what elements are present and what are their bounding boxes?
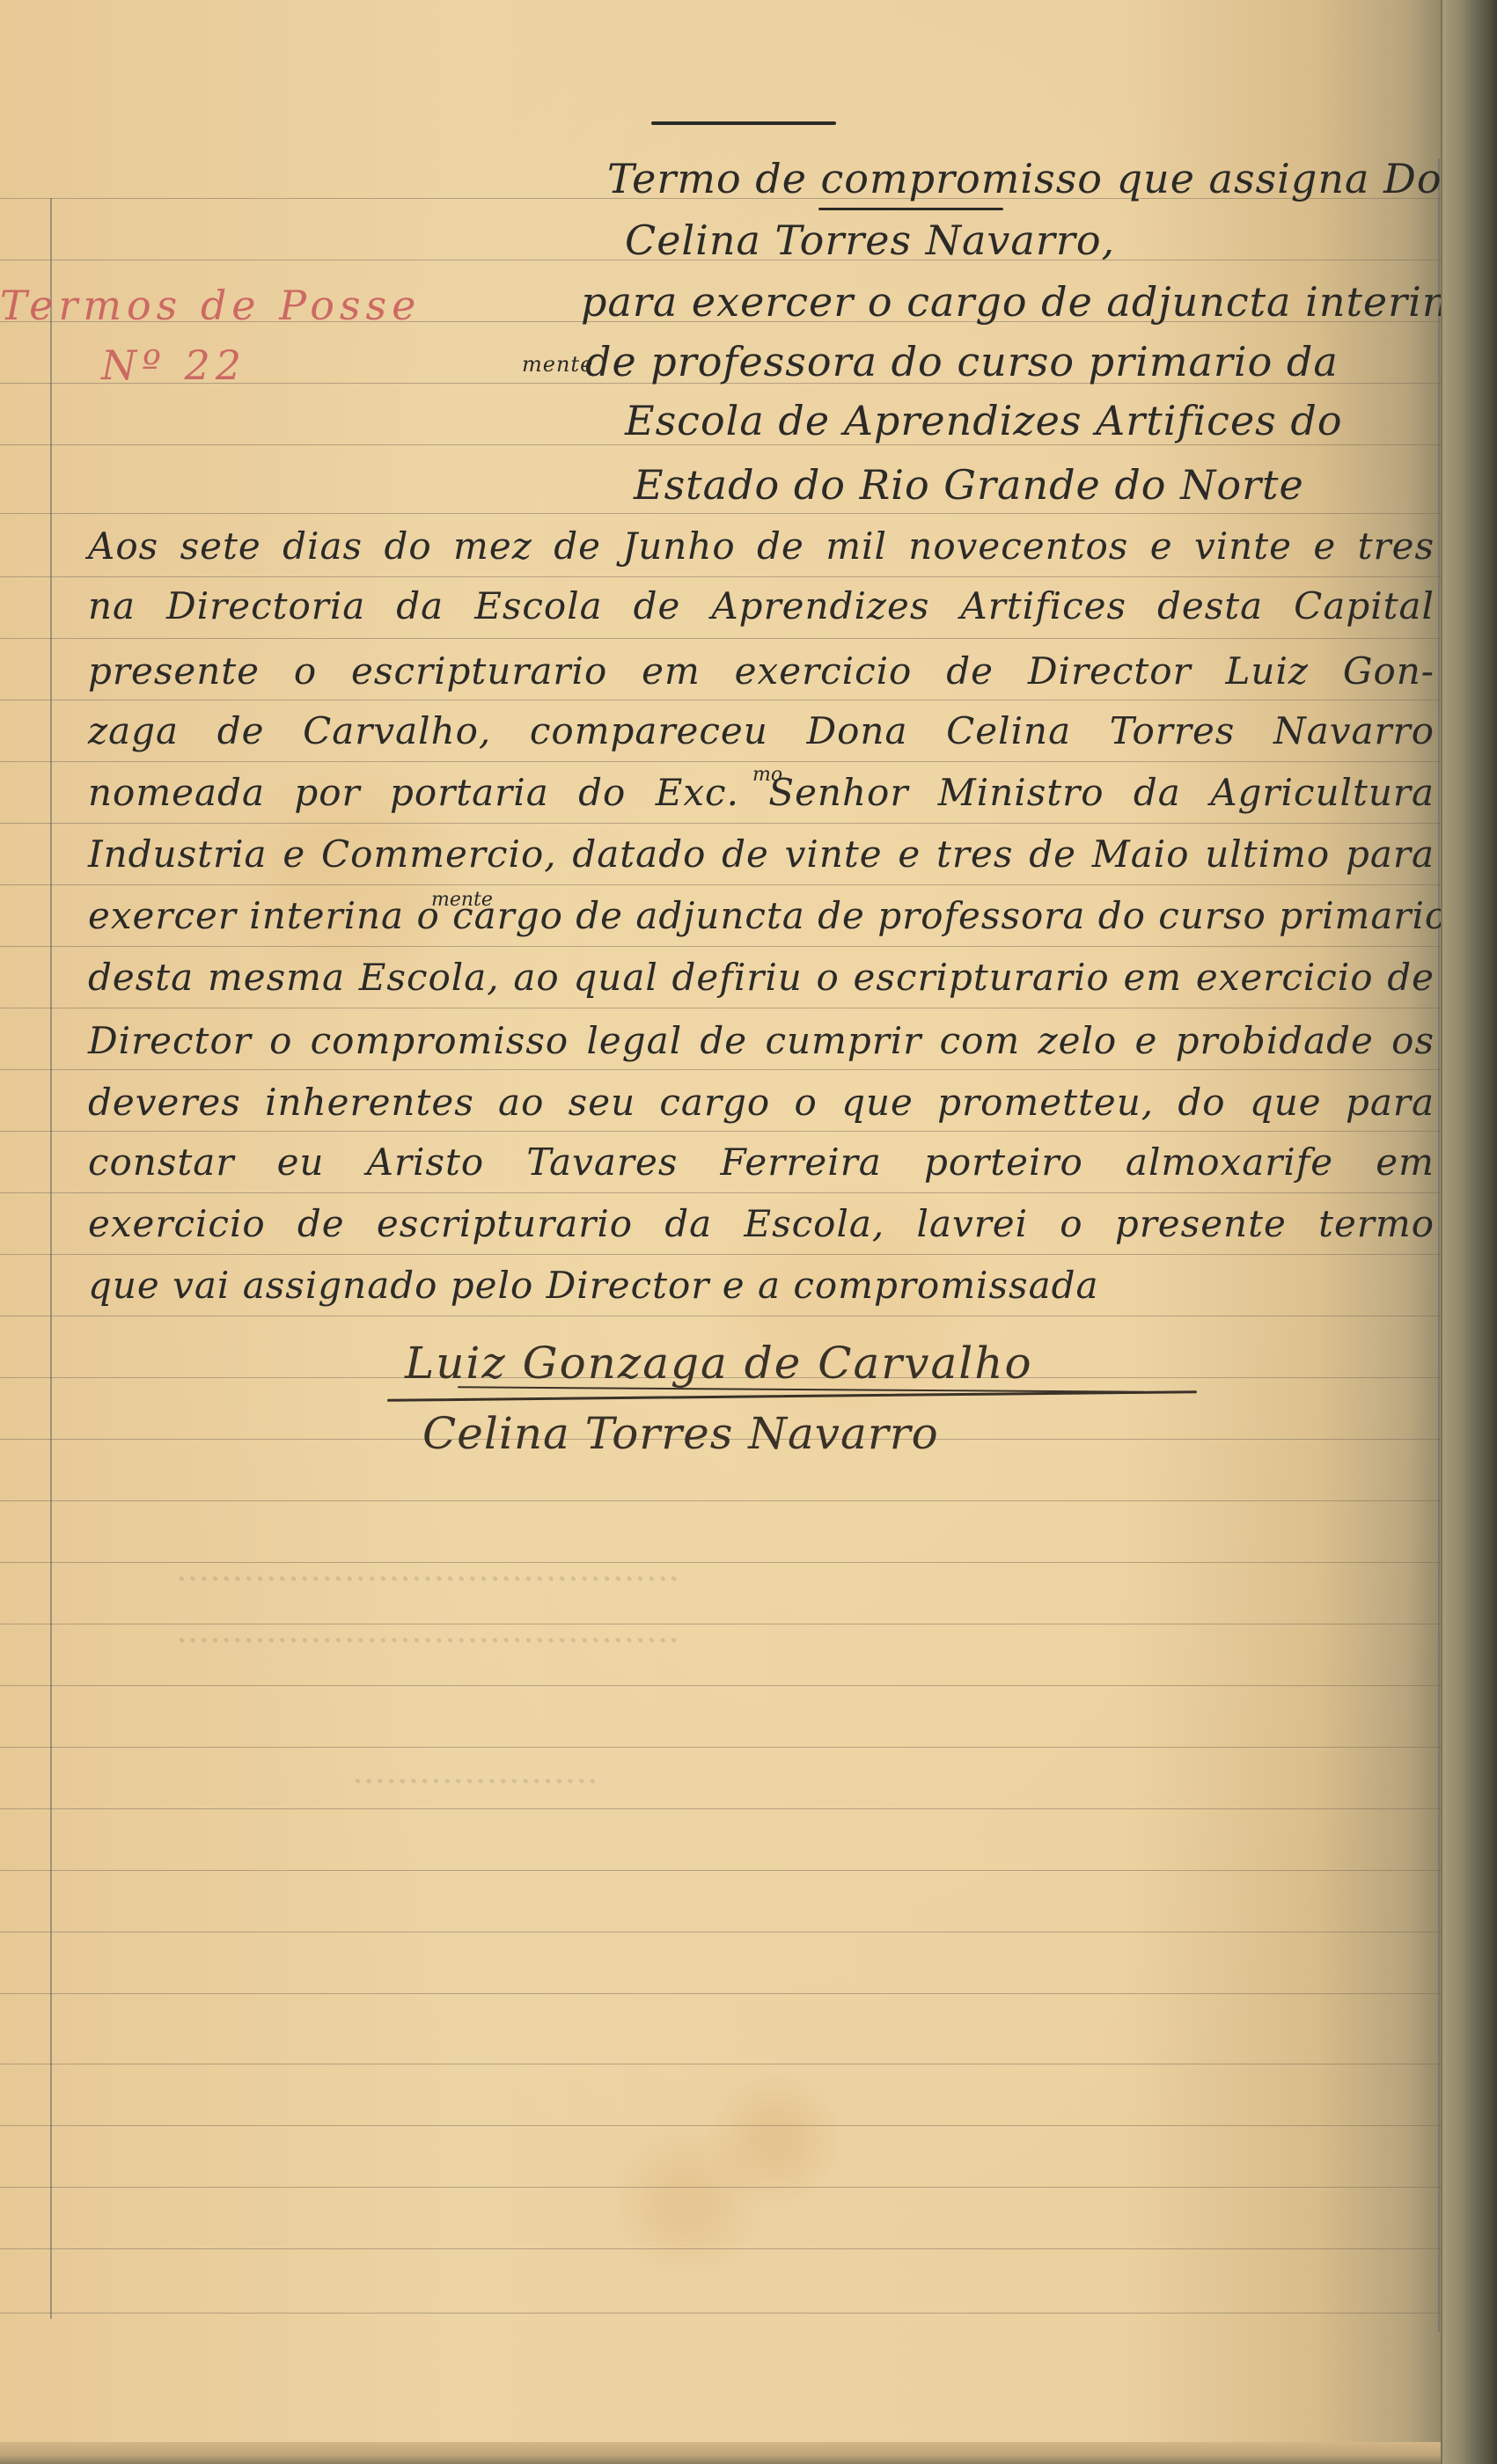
ruled-line xyxy=(0,513,1443,514)
body-line-2: na Directoria da Escola de Aprendizes Ar… xyxy=(88,588,1435,625)
ruled-line xyxy=(0,1192,1443,1193)
heading-line-2: Celina Torres Navarro, xyxy=(625,220,1115,260)
body-line-4: zaga de Carvalho, compareceu Dona Celina… xyxy=(88,713,1435,750)
body-line-6: Industria e Commercio, datado de vinte e… xyxy=(88,836,1435,873)
ruled-line xyxy=(0,946,1443,947)
manuscript-page: ........................................… xyxy=(0,0,1497,2464)
heading-flourish xyxy=(651,121,836,125)
signature-director: Luiz Gonzaga de Carvalho xyxy=(405,1338,1033,1389)
ruled-line xyxy=(0,2313,1443,2314)
body-line-12: exercicio de escripturario da Escola, la… xyxy=(88,1206,1435,1243)
bleed-through-text: ........................................… xyxy=(176,1610,679,1651)
ruled-line xyxy=(0,444,1443,445)
body-line-10: deveres inherentes ao seu cargo o que pr… xyxy=(88,1084,1435,1121)
body-line-13: que vai assignado pelo Director e a comp… xyxy=(88,1267,1099,1304)
ruled-line xyxy=(0,2064,1443,2064)
page-bottom-edge xyxy=(0,2442,1443,2464)
signature-compromissada: Celina Torres Navarro xyxy=(422,1408,939,1459)
ruled-line xyxy=(0,1808,1443,1809)
heading-line-5: Escola de Aprendizes Artifices do xyxy=(625,400,1343,441)
ruled-line xyxy=(0,2248,1443,2249)
ruled-line xyxy=(0,1747,1443,1748)
ruled-line xyxy=(0,761,1443,762)
heading-line-4: de professora do curso primario da xyxy=(585,341,1339,382)
margin-note-number: Nº 22 xyxy=(101,341,246,389)
body-line-1: Aos sete dias do mez de Junho de mil nov… xyxy=(88,528,1435,565)
heading-line-3: para exercer o cargo de adjuncta interin… xyxy=(581,282,1488,322)
ruled-line xyxy=(0,576,1443,577)
ruled-line xyxy=(0,1870,1443,1871)
ruled-line xyxy=(0,1008,1443,1008)
ruled-line xyxy=(0,2125,1443,2126)
body-line-8: desta mesma Escola, ao qual defiriu o es… xyxy=(88,959,1435,996)
ruled-line xyxy=(0,1254,1443,1255)
heading-flourish xyxy=(818,208,1003,210)
left-margin-line xyxy=(50,198,52,2319)
heading-line-4-prefix: mente xyxy=(522,354,593,375)
heading-line-6: Estado do Rio Grande do Norte xyxy=(634,465,1304,505)
book-binding xyxy=(1441,0,1497,2464)
body-line-3: presente o escripturario em exercicio de… xyxy=(88,653,1435,690)
bleed-through-text: ........................................… xyxy=(176,1549,679,1589)
body-line-7: exercer interina o cargo de adjuncta de … xyxy=(88,898,1435,935)
ruled-line xyxy=(0,1316,1443,1316)
ruled-line xyxy=(0,700,1443,700)
body-line-9: Director o compromisso legal de cumprir … xyxy=(88,1023,1435,1060)
superscript-mo: mo xyxy=(752,764,782,786)
ruled-line xyxy=(0,1069,1443,1070)
ruled-line xyxy=(0,1500,1443,1501)
ruled-line xyxy=(0,638,1443,639)
ruled-line xyxy=(0,884,1443,885)
ruled-line xyxy=(0,1685,1443,1686)
superscript-mente: mente xyxy=(431,889,493,911)
ruled-line xyxy=(0,1932,1443,1932)
ruled-line xyxy=(0,1131,1443,1132)
ruled-line xyxy=(0,1993,1443,1994)
ruled-line xyxy=(0,2187,1443,2188)
ruled-line xyxy=(0,823,1443,824)
heading-line-1: Termo de compromisso que assigna Dona xyxy=(607,158,1494,199)
bleed-through-text: ...................... xyxy=(352,1751,598,1792)
body-line-11: constar eu Aristo Tavares Ferreira porte… xyxy=(88,1144,1435,1181)
margin-note-title: Termos de Posse xyxy=(0,282,421,329)
right-margin-line xyxy=(1438,158,1440,2332)
